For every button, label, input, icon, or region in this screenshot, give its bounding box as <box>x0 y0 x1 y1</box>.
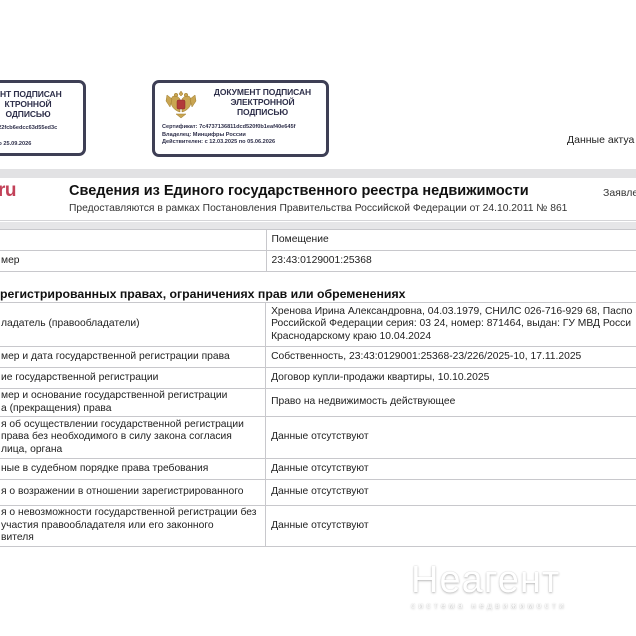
stamp-title-line: ЕНТ ПОДПИСАН <box>0 89 83 99</box>
e-signature-stamp: ДОКУМЕНТ ПОДПИСАН ЭЛЕКТРОННОЙ ПОДПИСЬЮ С… <box>152 80 329 157</box>
stamp-title-line: КТРОННОЙ <box>0 99 83 109</box>
row-value: Собственность, 23:43:0129001:25368-23/22… <box>266 347 636 368</box>
e-signature-stamp-left: ЕНТ ПОДПИСАН КТРОННОЙ ОДПИСЬЮ 622fcb6edc… <box>0 80 86 156</box>
row-key: ие государственной регистрации <box>0 368 266 389</box>
watermark: Неагент система недвижимости <box>411 560 567 610</box>
row-key: мер и основание государственной регистра… <box>0 389 266 417</box>
section-title: регистрированных правах, ограничениях пр… <box>0 287 406 301</box>
stamp-owner: Владелец: Минцифры России <box>162 132 296 140</box>
table-row: ладатель (правообладатели) Хренова Ирина… <box>0 303 636 347</box>
table-row: Помещение <box>0 230 636 251</box>
table-row: ные в судебном порядке права требования … <box>0 459 636 480</box>
table-row: я о возражении в отношении зарегистриров… <box>0 480 636 506</box>
separator-bar <box>0 222 636 229</box>
row-key: ные в судебном порядке права требования <box>0 459 266 480</box>
row-value: 23:43:0129001:25368 <box>266 251 636 272</box>
row-value: Данные отсутствуют <box>266 459 636 480</box>
row-key: ладатель (правообладатели) <box>0 303 266 347</box>
rights-table: ладатель (правообладатели) Хренова Ирина… <box>0 302 636 547</box>
table-row: мер и основание государственной регистра… <box>0 389 636 417</box>
row-value: Договор купли-продажи квартиры, 10.10.20… <box>266 368 636 389</box>
stamp-title: ДОКУМЕНТ ПОДПИСАН ЭЛЕКТРОННОЙ ПОДПИСЬЮ <box>203 87 322 117</box>
row-value: Хренова Ирина Александровна, 04.03.1979,… <box>266 303 636 347</box>
stamp-title: ЕНТ ПОДПИСАН КТРОННОЙ ОДПИСЬЮ <box>0 89 83 119</box>
table-row: ие государственной регистрации Договор к… <box>0 368 636 389</box>
row-value: Помещение <box>266 230 636 251</box>
stamp-validity: Действителен: с 12.03.2025 по 05.06.2026 <box>162 139 296 147</box>
stamp-title-line: ДОКУМЕНТ ПОДПИСАН <box>203 87 322 97</box>
table-row: я об осуществлении государственной регис… <box>0 417 636 459</box>
stamp-certificate: 622fcb6edcc63d55ed3c <box>0 125 57 133</box>
data-actual-label: Данные актуа <box>567 134 634 146</box>
row-value: Право на недвижимость действующее <box>266 389 636 417</box>
stamp-title-line: ПОДПИСЬЮ <box>203 107 322 117</box>
stamp-title-line: ОДПИСЬЮ <box>0 109 83 119</box>
document-subtitle: Предоставляются в рамках Постановления П… <box>69 203 567 214</box>
row-key: мер <box>0 251 266 272</box>
row-key: я об осуществлении государственной регис… <box>0 417 266 459</box>
row-value: Данные отсутствуют <box>266 480 636 506</box>
separator-bar <box>0 169 636 178</box>
row-key: мер и дата государственной регистрации п… <box>0 347 266 368</box>
table-row: мер 23:43:0129001:25368 <box>0 251 636 272</box>
stamp-validity: по 25.09.2026 <box>0 141 31 149</box>
object-table: Помещение мер 23:43:0129001:25368 <box>0 229 636 272</box>
watermark-brand: Неагент <box>411 560 567 600</box>
row-key: я о невозможности государственной регист… <box>0 506 266 547</box>
row-key: я о возражении в отношении зарегистриров… <box>0 480 266 506</box>
row-value: Данные отсутствуют <box>266 506 636 547</box>
document-title: Сведения из Единого государственного рее… <box>69 183 529 199</box>
row-key <box>0 230 266 251</box>
logo-fragment: ru <box>0 180 16 202</box>
applicant-label: Заявле <box>603 187 636 199</box>
stamp-certificate: Сертификат: 7c4737136811dcd520f0b1eaf40e… <box>162 124 296 132</box>
row-value: Данные отсутствуют <box>266 417 636 459</box>
stamp-title-line: ЭЛЕКТРОННОЙ <box>203 97 322 107</box>
table-row: мер и дата государственной регистрации п… <box>0 347 636 368</box>
watermark-tagline: система недвижимости <box>411 600 567 610</box>
coat-of-arms-icon <box>164 87 198 121</box>
table-row: я о невозможности государственной регист… <box>0 506 636 547</box>
